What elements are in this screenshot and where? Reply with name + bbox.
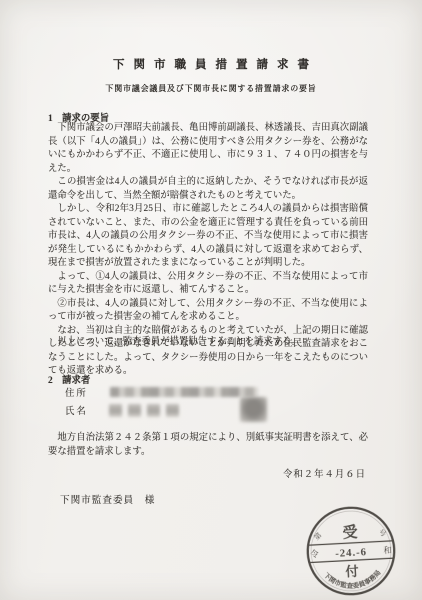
stamp-tsuke-char: 付 bbox=[345, 563, 359, 580]
stamp-dai-char: 第 bbox=[312, 531, 323, 542]
stamp-date: -24.-6 bbox=[335, 546, 367, 560]
document-subtitle: 下関市議会議員及び下関市長に関する措置請求の要旨 bbox=[0, 83, 422, 94]
document-title: 下関市職員措置請求書 bbox=[0, 56, 422, 72]
stamp-gou-char: 号 bbox=[377, 527, 388, 538]
redacted-address bbox=[110, 387, 258, 397]
address-row: 住所 bbox=[65, 385, 258, 399]
stamp-era-left-char: 令 bbox=[310, 549, 320, 559]
redacted-name-block bbox=[109, 404, 122, 417]
redacted-personal-seal bbox=[240, 397, 267, 422]
stamp-uke-char: 受 bbox=[342, 522, 359, 541]
addressee-line: 下関市監査委員 様 bbox=[60, 492, 155, 506]
scanned-document-page: 下関市職員措置請求書 下関市議会議員及び下関市長に関する措置請求の要旨 1 請求… bbox=[0, 0, 422, 600]
name-row: 氏名 bbox=[65, 403, 179, 417]
name-label: 氏名 bbox=[65, 403, 88, 417]
paragraph-confirmation-finding: しかし、令和2年3月25日、市に確認したところ4人の議員からは損害賠償されていな… bbox=[48, 203, 368, 271]
section2-heading: 2 請求者 bbox=[48, 372, 90, 386]
document-date: 令和２年４月６日 bbox=[48, 466, 366, 480]
paragraph-assumed-repayment: この損害金は4人の議員が自主的に返納したか、そうでなければ市長が返還命令を出して… bbox=[48, 176, 368, 203]
stamp-era-right-char: 和 bbox=[383, 545, 392, 555]
paragraph-claim-summary: 下関市議会の戸澤昭夫前議長、亀田博前副議長、林透議長、吉田真次副議長（以下「4人… bbox=[48, 122, 368, 176]
stamp-band-top-line bbox=[309, 541, 393, 545]
redacted-name bbox=[109, 404, 179, 417]
reception-stamp: 受 第 号 令 -24.-6 和 付 下関市監査委員事務局 bbox=[302, 502, 401, 600]
address-label: 住所 bbox=[65, 385, 88, 399]
paragraph-demand-1: よって、①4人の議員は、公用タクシー券の不正、不当な使用によって市に与えた損害金… bbox=[48, 271, 368, 298]
redacted-name-block bbox=[128, 404, 141, 417]
redacted-name-block bbox=[147, 404, 160, 417]
law-citation: 地方自治法第２４２条第１項の規定により、別紙事実証明書を添えて、必要な措置を請求… bbox=[48, 432, 368, 459]
closing-statement: 以上について、監査委員が措置勧告することを請求する。 bbox=[48, 333, 368, 347]
reception-stamp-graphic: 受 第 号 令 -24.-6 和 付 下関市監査委員事務局 bbox=[302, 502, 401, 600]
redacted-name-block bbox=[166, 404, 179, 417]
paragraph-demand-2: ②市長は、4人の議員に対して、公用タクシー券の不正、不当な使用によって市が被った… bbox=[48, 298, 368, 325]
